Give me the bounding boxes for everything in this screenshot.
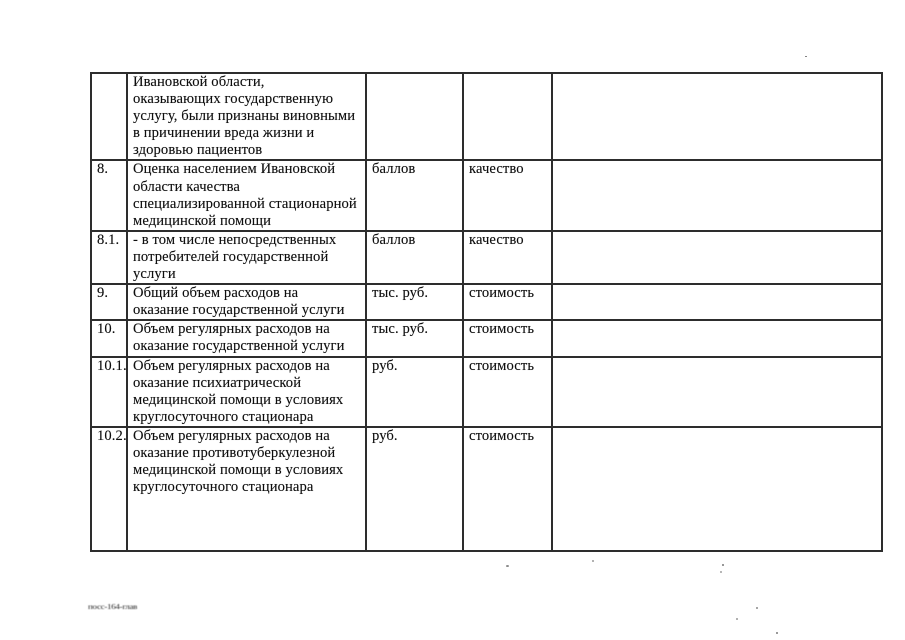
cell-unit: руб. [366,357,463,427]
cell-type [463,73,552,160]
table-row: Ивановской области, оказывающих государс… [91,73,882,160]
cell-notes [552,73,882,160]
cell-unit: баллов [366,231,463,284]
cell-number: 10.2. [91,427,127,551]
cell-unit: тыс. руб. [366,320,463,356]
cell-description: Оценка населением Ивановской области кач… [127,160,366,230]
cell-number [91,73,127,160]
cell-type: стоимость [463,284,552,320]
scan-noise-speck [720,571,722,573]
cell-notes [552,160,882,230]
cell-notes [552,284,882,320]
cell-unit [366,73,463,160]
indicators-table: Ивановской области, оказывающих государс… [90,72,883,552]
cell-number: 10.1. [91,357,127,427]
cell-type: стоимость [463,427,552,551]
cell-number: 10. [91,320,127,356]
cell-type: качество [463,160,552,230]
scan-noise-speck [722,564,724,566]
table-row: 9. Общий объем расходов на оказание госу… [91,284,882,320]
scanned-document-page: Ивановской области, оказывающих государс… [0,0,905,640]
table-row: 8.1. - в том числе непосредственных потр… [91,231,882,284]
cell-description: Объем регулярных расходов на оказание пр… [127,427,366,551]
cell-type: стоимость [463,357,552,427]
cell-notes [552,357,882,427]
table-row: 10.2. Объем регулярных расходов на оказа… [91,427,882,551]
table-row: 10. Объем регулярных расходов на оказани… [91,320,882,356]
scan-noise-speck [756,607,758,609]
scan-noise-speck [506,565,509,567]
cell-unit: баллов [366,160,463,230]
cell-number: 8. [91,160,127,230]
scan-noise-speck [805,56,807,57]
cell-number: 9. [91,284,127,320]
cell-notes [552,320,882,356]
cell-description: Объем регулярных расходов на оказание го… [127,320,366,356]
cell-description: Объем регулярных расходов на оказание пс… [127,357,366,427]
cell-number: 8.1. [91,231,127,284]
scan-noise-speck [776,632,778,634]
cell-unit: тыс. руб. [366,284,463,320]
cell-type: стоимость [463,320,552,356]
cell-notes [552,427,882,551]
footer-document-code: посс-164-глав [88,602,137,611]
cell-description: Ивановской области, оказывающих государс… [127,73,366,160]
cell-description: Общий объем расходов на оказание государ… [127,284,366,320]
cell-unit: руб. [366,427,463,551]
cell-description: - в том числе непосредственных потребите… [127,231,366,284]
scan-noise-speck [736,618,738,620]
scan-noise-speck [592,560,594,562]
cell-notes [552,231,882,284]
table-row: 10.1. Объем регулярных расходов на оказа… [91,357,882,427]
cell-type: качество [463,231,552,284]
table-row: 8. Оценка населением Ивановской области … [91,160,882,230]
